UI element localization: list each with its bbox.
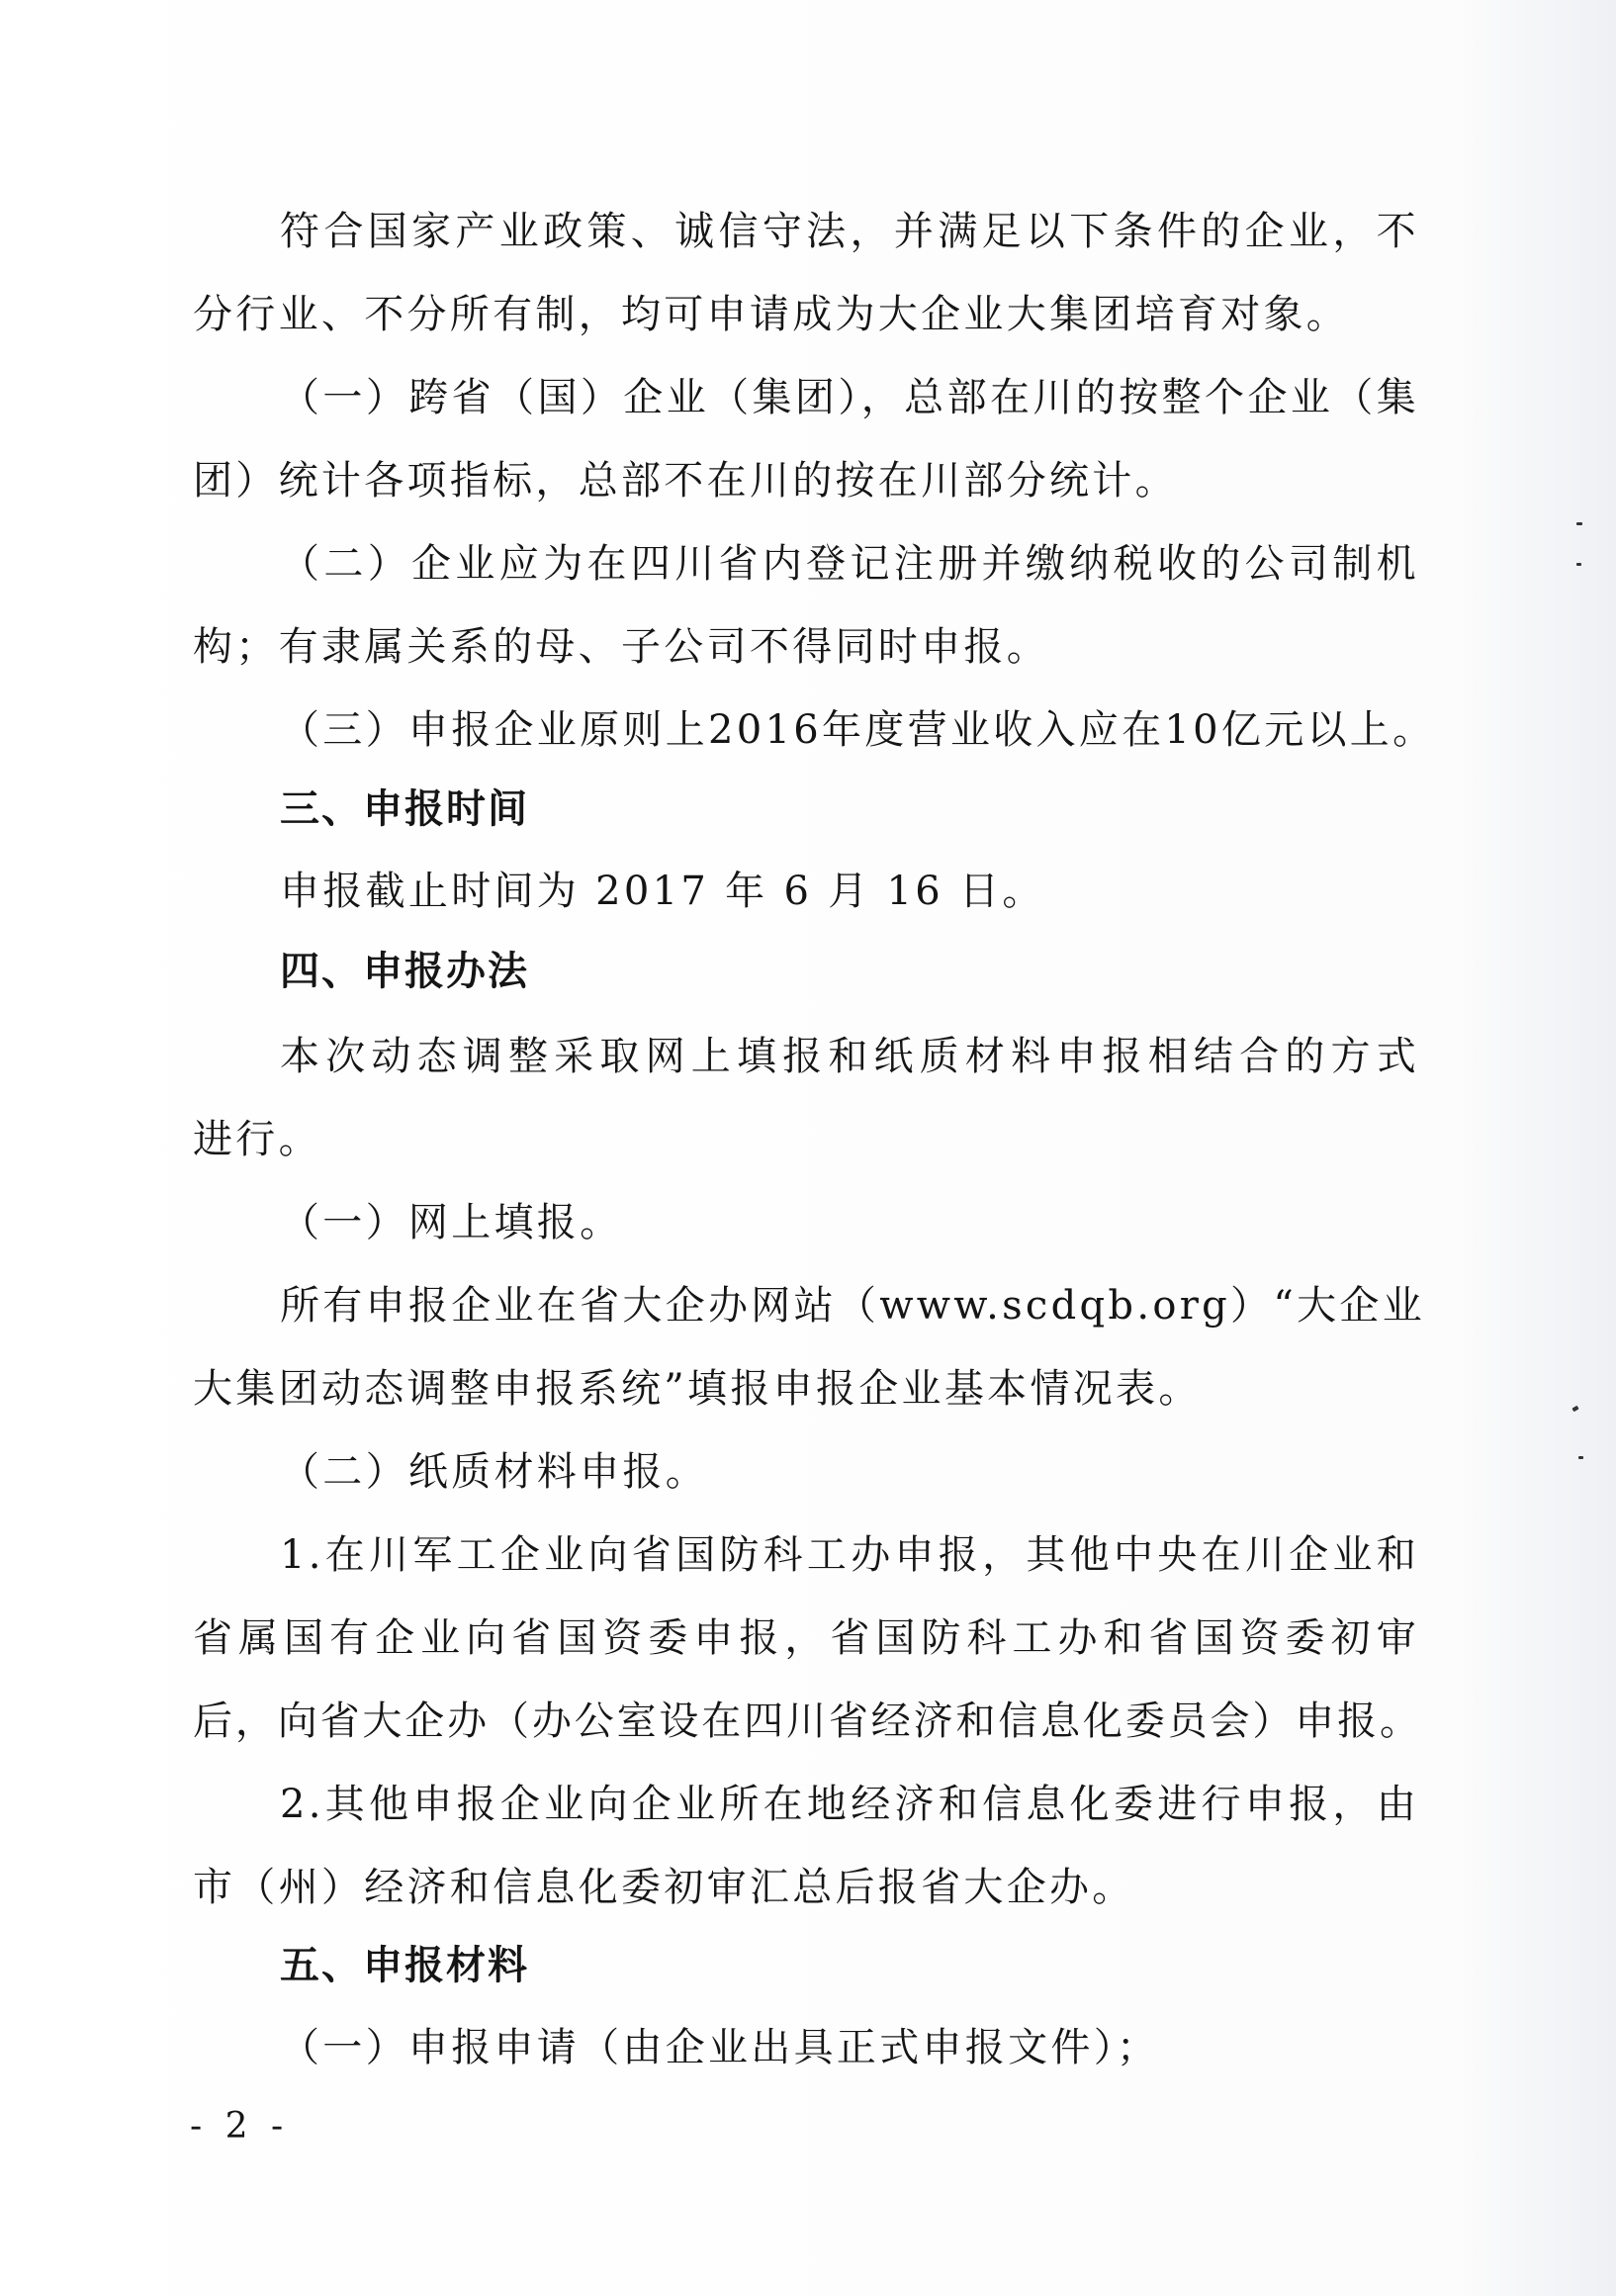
- paragraph-line: 省属国有企业向省国资委申报，省国防科工办和省国资委初审: [193, 1614, 1419, 1662]
- paragraph-line: 大集团动态调整申报系统”填报申报企业基本情况表。: [193, 1365, 1419, 1413]
- subsection-heading: （一）网上填报。: [280, 1199, 1419, 1246]
- paragraph-line: 后，向省大企办（办公室设在四川省经济和信息化委员会）申报。: [193, 1698, 1419, 1745]
- scan-speck: [1571, 1406, 1578, 1412]
- paragraph-line: 团）统计各项指标，总部不在川的按在川部分统计。: [193, 457, 1419, 505]
- document-page: 符合国家产业政策、诚信守法，并满足以下条件的企业，不 分行业、不分所有制，均可申…: [0, 0, 1616, 2296]
- paragraph-line: 构；有隶属关系的母、子公司不得同时申报。: [193, 623, 1419, 671]
- scan-speck: [1576, 522, 1582, 525]
- section-heading-4: 四、申报办法: [280, 948, 1419, 995]
- page-number: - 2 -: [190, 2105, 289, 2149]
- section-heading-3: 三、申报时间: [280, 785, 1419, 833]
- paragraph-line: 本次动态调整采取网上填报和纸质材料申报相结合的方式: [280, 1033, 1419, 1080]
- paragraph-line: 分行业、不分所有制，均可申请成为大企业大集团培育对象。: [193, 291, 1419, 338]
- subsection-heading: （二）纸质材料申报。: [280, 1448, 1419, 1496]
- section-heading-5: 五、申报材料: [280, 1942, 1419, 1989]
- paragraph-line: 符合国家产业政策、诚信守法，并满足以下条件的企业，不: [280, 208, 1419, 255]
- paragraph-line: 1.在川军工企业向省国防科工办申报，其他中央在川企业和: [280, 1531, 1419, 1579]
- paragraph-line: 所有申报企业在省大企办网站（www.scdqb.org）“大企业: [280, 1282, 1419, 1330]
- scan-speck: [1578, 1456, 1583, 1459]
- paragraph-line: 2.其他申报企业向企业所在地经济和信息化委进行申报，由: [280, 1781, 1419, 1828]
- paragraph-line: 市（州）经济和信息化委初审汇总后报省大企办。: [193, 1864, 1419, 1911]
- paragraph-line: 申报截止时间为 2017 年 6 月 16 日。: [280, 868, 1419, 915]
- paragraph-line: （三）申报企业原则上2016年度营业收入应在10亿元以上。: [280, 706, 1419, 754]
- scan-speck: [1576, 563, 1581, 566]
- paragraph-line: （一）申报申请（由企业出具正式申报文件）；: [280, 2024, 1419, 2071]
- paragraph-line: 进行。: [193, 1116, 1419, 1163]
- paragraph-line: （一）跨省（国）企业（集团），总部在川的按整个企业（集: [280, 374, 1419, 421]
- paragraph-line: （二）企业应为在四川省内登记注册并缴纳税收的公司制机: [280, 540, 1419, 588]
